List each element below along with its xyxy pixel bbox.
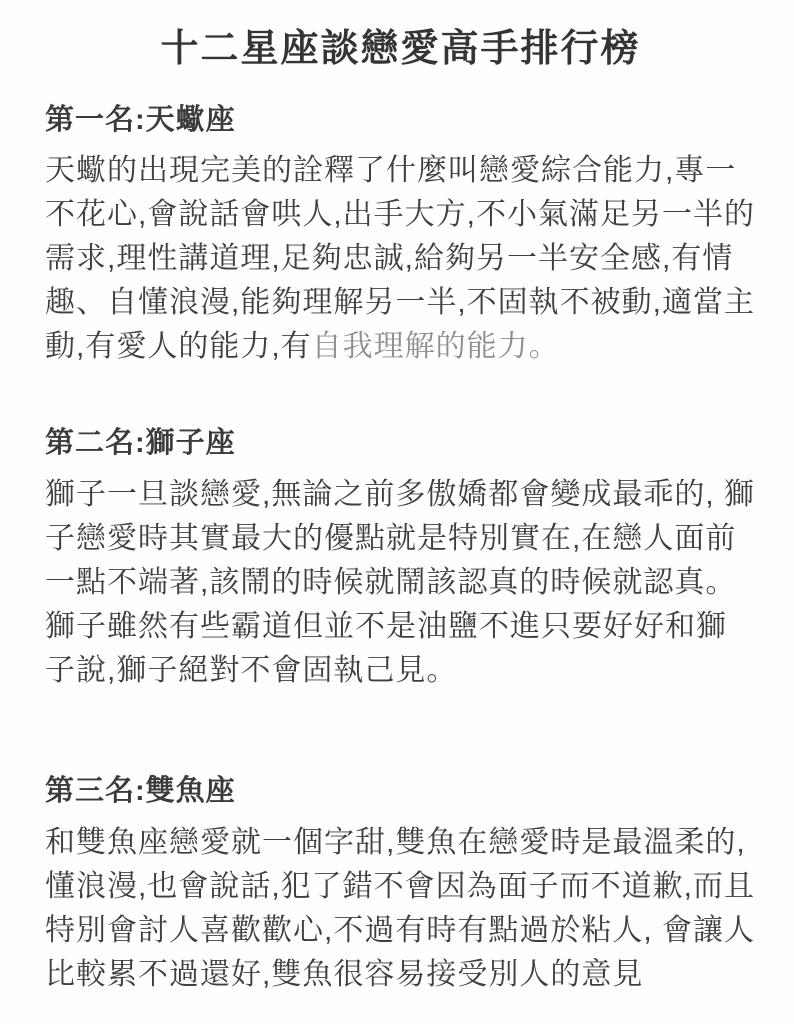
section-body-rank-2: 獅子一旦談戀愛,無論之前多傲嬌都會變成最乖的, 獅子戀愛時其實最大的優點就是特別… <box>45 473 757 693</box>
section-heading-rank-2: 第二名:獅子座 <box>45 425 756 463</box>
section-heading-rank-3: 第三名:雙魚座 <box>45 773 756 811</box>
document-page: 十二星座談戀愛高手排行榜 第一名:天蠍座 天蠍的出現完美的詮釋了什麼叫戀愛綜合能… <box>0 0 794 1024</box>
section-body-rank-1: 天蠍的出現完美的詮釋了什麼叫戀愛綜合能力,專一不花心,會說話會哄人,出手大方,不… <box>45 149 757 369</box>
section-rank-2-leo: 第二名:獅子座 獅子一旦談戀愛,無論之前多傲嬌都會變成最乖的, 獅子戀愛時其實最… <box>45 425 756 693</box>
page-title: 十二星座談戀愛高手排行榜 <box>45 26 756 74</box>
section-rank-3-pisces: 第三名:雙魚座 和雙魚座戀愛就一個字甜,雙魚在戀愛時是最溫柔的,懂浪漫,也會說話… <box>45 773 756 997</box>
section-rank-1-scorpio: 第一名:天蠍座 天蠍的出現完美的詮釋了什麼叫戀愛綜合能力,專一不花心,會說話會哄… <box>45 102 756 370</box>
section-body-rank-2-main: 獅子一旦談戀愛,無論之前多傲嬌都會變成最乖的, 獅子戀愛時其實最大的優點就是特別… <box>45 478 755 687</box>
section-body-rank-3-main: 和雙魚座戀愛就一個字甜,雙魚在戀愛時是最溫柔的,懂浪漫,也會說話,犯了錯不會因為… <box>45 826 755 991</box>
section-body-rank-3: 和雙魚座戀愛就一個字甜,雙魚在戀愛時是最溫柔的,懂浪漫,也會說話,犯了錯不會因為… <box>45 821 757 997</box>
section-body-rank-1-muted: 自我理解的能力。 <box>312 330 560 363</box>
section-heading-rank-1: 第一名:天蠍座 <box>45 102 756 140</box>
